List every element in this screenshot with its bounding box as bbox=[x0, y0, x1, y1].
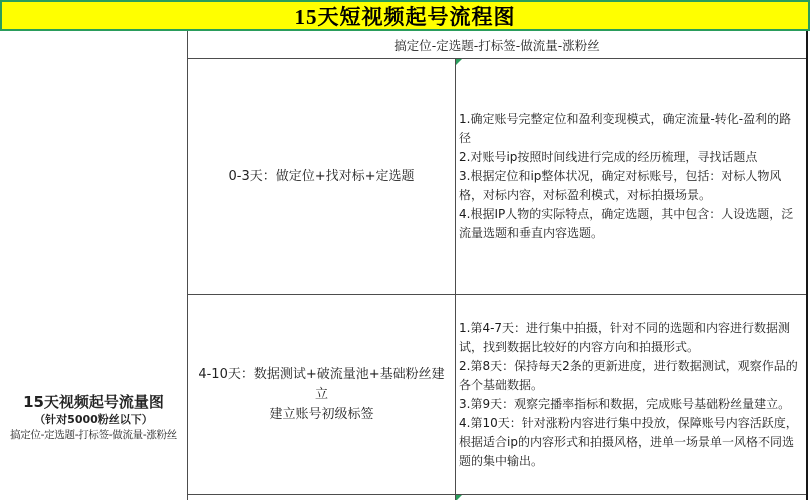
flowchart-table: 15天短视频起号流程图 搞定位-定选题-打标签-做流量-涨粉丝 15天视频起号流… bbox=[0, 0, 810, 500]
left-panel: 15天视频起号流量图 （针对5000粉丝以下） 搞定位-定选题-打标签-做流量-… bbox=[0, 392, 187, 443]
detail-cell-days-0-3: 1.确定账号完整定位和盈利变现模式，确定流量-转化-盈利的路径 2.对账号ip按… bbox=[456, 59, 806, 294]
detail-item: 1.第4-7天：进行集中拍摄，针对不同的选题和内容进行数据测试，找到数据比较好的… bbox=[459, 319, 803, 357]
detail-item: 4.根据IP人物的实际特点，确定选题，其中包含：人设选题，泛流量选题和垂直内容选… bbox=[459, 205, 803, 243]
detail-cell-days-4-10: 1.第4-7天：进行集中拍摄，针对不同的选题和内容进行数据测试，找到数据比较好的… bbox=[456, 295, 806, 494]
title-bar: 15天短视频起号流程图 bbox=[0, 0, 810, 31]
detail-item: 4.第10天：针对涨粉内容进行集中投放，保障账号内容活跃度，根据适合ip的内容形… bbox=[459, 414, 803, 471]
phase-label: 4-10天：数据测试+破流量池+基础粉丝建立 bbox=[194, 365, 449, 405]
detail-item: 3.根据定位和ip整体状况，确定对标账号，包括：对标人物风格，对标内容，对标盈利… bbox=[459, 167, 803, 205]
detail-item: 2.对账号ip按照时间线进行完成的经历梳理，寻找话题点 bbox=[459, 148, 803, 167]
detail-item: 2.第8天：保持每天2条的更新进度，进行数据测试，观察作品的各个基础数据。 bbox=[459, 357, 803, 395]
left-panel-subtitle: （针对5000粉丝以下） bbox=[0, 412, 187, 428]
phase-cell-days-0-3: 0-3天：做定位+找对标+定选题 bbox=[188, 59, 455, 294]
green-flow-marker-icon bbox=[456, 495, 462, 500]
phase-label: 0-3天：做定位+找对标+定选题 bbox=[228, 167, 414, 187]
phase-label-line2: 建立账号初级标签 bbox=[269, 405, 373, 425]
detail-item: 3.第9天：观察完播率指标和数据，完成账号基础粉丝量建立。 bbox=[459, 395, 803, 414]
left-panel-title: 15天视频起号流量图 bbox=[0, 392, 187, 412]
page-title: 15天短视频起号流程图 bbox=[295, 1, 516, 31]
row2-divider bbox=[187, 494, 807, 495]
process-header-label: 搞定位-定选题-打标签-做流量-涨粉丝 bbox=[394, 36, 600, 54]
process-header: 搞定位-定选题-打标签-做流量-涨粉丝 bbox=[188, 31, 806, 58]
table-right-border bbox=[806, 31, 808, 500]
detail-item: 1.确定账号完整定位和盈利变现模式，确定流量-转化-盈利的路径 bbox=[459, 110, 803, 148]
phase-cell-days-4-10: 4-10天：数据测试+破流量池+基础粉丝建立 建立账号初级标签 bbox=[188, 295, 455, 494]
left-panel-tagline: 搞定位-定选题-打标签-做流量-涨粉丝 bbox=[0, 428, 187, 443]
